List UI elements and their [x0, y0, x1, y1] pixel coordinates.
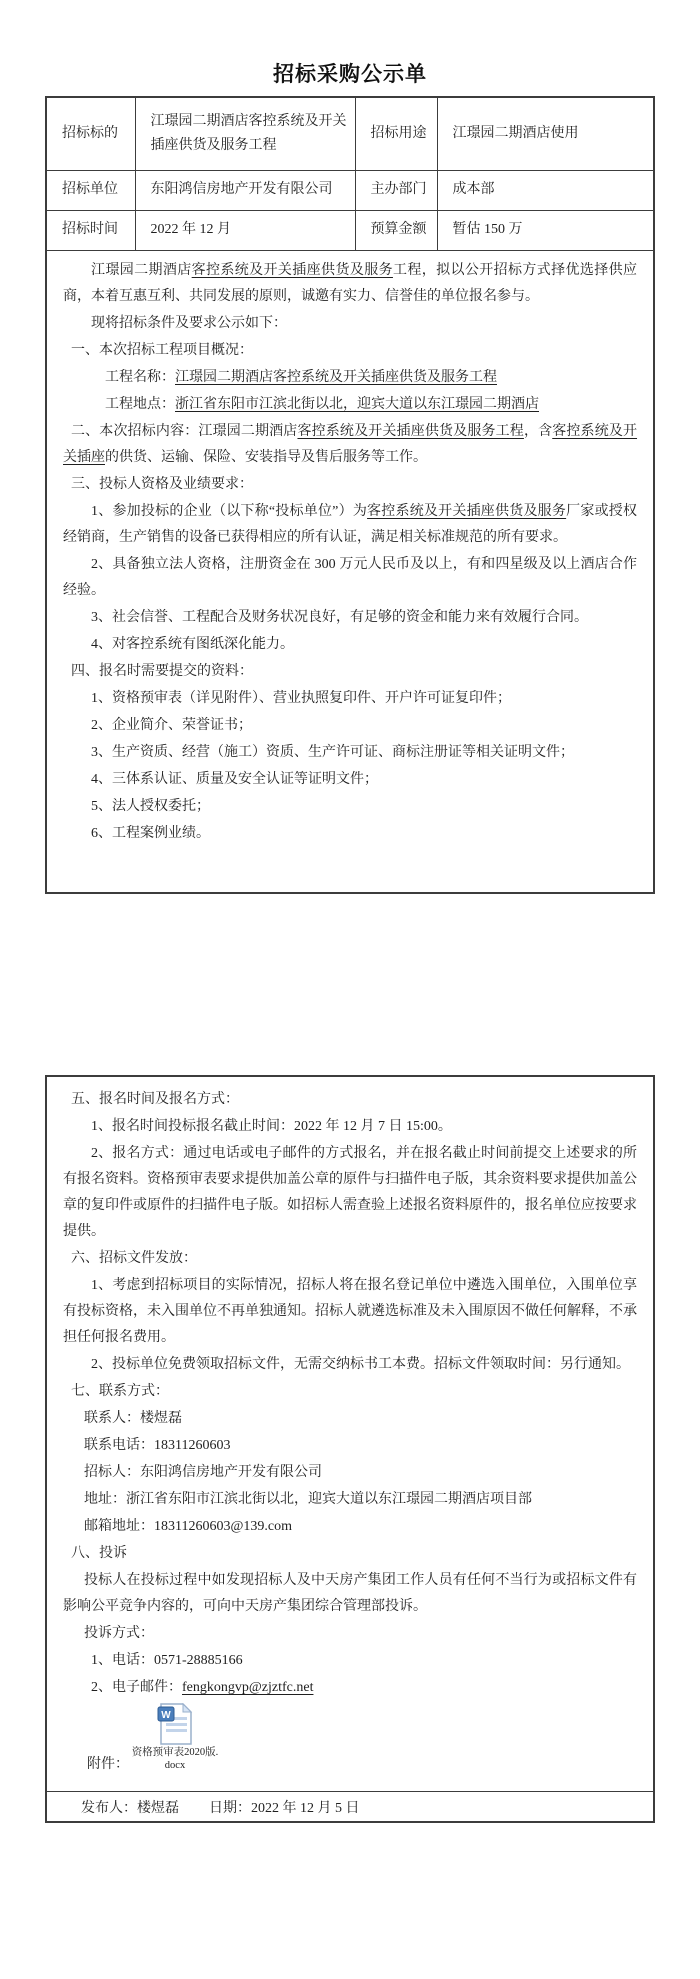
paragraph: 1、考虑到招标项目的实际情况，招标人将在报名登记单位中遴选入围单位，入围单位享有…: [63, 1273, 637, 1351]
document-title: 招标采购公示单: [0, 58, 700, 88]
notice-sheet-page1: 招标标的江璟园二期酒店客控系统及开关插座供货及服务工程招标用途江璟园二期酒店使用…: [45, 96, 655, 894]
word-doc-icon: W: [157, 1703, 193, 1745]
publish-date: 日期：2022 年 12 月 5 日: [209, 1797, 360, 1817]
attachment-row: 附件： W 资格预审表2020版. docx: [63, 1703, 653, 1781]
paragraph: 联系电话：18311260603: [63, 1433, 637, 1459]
paragraph: 2、报名方式：通过电话或电子邮件的方式报名，并在报名截止时间前提交上述要求的所有…: [63, 1141, 637, 1245]
text: 投诉方式：: [84, 1626, 154, 1641]
text: 邮箱地址：18311260603@139.com: [84, 1519, 292, 1534]
text: 2、电子邮件：: [91, 1680, 182, 1695]
paragraph: 招标人：东阳鸿信房地产开发有限公司: [63, 1460, 637, 1486]
paragraph: 江璟园二期酒店客控系统及开关插座供货及服务工程，拟以公开招标方式择优选择供应商，…: [63, 258, 637, 310]
paragraph: 三、投标人资格及业绩要求：: [63, 472, 637, 498]
info-label: 预算金额: [355, 210, 437, 250]
document-page: 招标采购公示单 招标标的江璟园二期酒店客控系统及开关插座供货及服务工程招标用途江…: [0, 0, 700, 1979]
paragraph: 2、电子邮件：fengkongvp@zjztfc.net: [63, 1675, 637, 1701]
paragraph: 2、具备独立法人资格，注册资金在 300 万元人民币及以上，有和四星级及以上酒店…: [63, 552, 637, 604]
text: 招标人：东阳鸿信房地产开发有限公司: [84, 1465, 322, 1480]
info-value: 东阳鸿信房地产开发有限公司: [135, 170, 355, 210]
paragraph: 5、法人授权委托；: [63, 794, 637, 820]
info-value: 江璟园二期酒店客控系统及开关插座供货及服务工程: [135, 98, 355, 170]
notice-sheet-page2: 五、报名时间及报名方式：1、报名时间投标报名截止时间：2022 年 12 月 7…: [45, 1075, 655, 1823]
text: 现将招标条件及要求公示如下：: [91, 316, 287, 331]
text: 的供货、运输、保险、安装指导及售后服务等工作。: [105, 450, 427, 465]
info-label: 主办部门: [355, 170, 437, 210]
text: 2、投标单位免费领取招标文件，无需交纳标书工本费。招标文件领取时间：另行通知。: [91, 1357, 630, 1372]
info-label: 招标时间: [47, 210, 135, 250]
paragraph: 七、联系方式：: [63, 1379, 637, 1405]
text: 3、生产资质、经营（施工）资质、生产许可证、商标注册证等相关证明文件；: [91, 745, 574, 760]
text: 5、法人授权委托；: [91, 799, 210, 814]
paragraph: 4、三体系认证、质量及安全认证等证明文件；: [63, 767, 637, 793]
page1-body: 江璟园二期酒店客控系统及开关插座供货及服务工程，拟以公开招标方式择优选择供应商，…: [47, 251, 653, 847]
text: 2、报名方式：通过电话或电子邮件的方式报名，并在报名截止时间前提交上述要求的所有…: [63, 1146, 637, 1239]
publisher: 发布人：楼煜磊: [81, 1797, 179, 1817]
svg-text:W: W: [161, 1710, 171, 1721]
underlined-text: 江璟园二期酒店客控系统及开关插座供货及服务工程: [175, 370, 497, 385]
info-label: 招标标的: [47, 98, 135, 170]
paragraph: 4、对客控系统有图纸深化能力。: [63, 632, 637, 658]
paragraph: 1、电话：0571-28885166: [63, 1648, 637, 1674]
text: 地址：浙江省东阳市江滨北街以北，迎宾大道以东江璟园二期酒店项目部: [84, 1492, 532, 1507]
text: 八、投诉: [71, 1546, 127, 1561]
page2-body: 五、报名时间及报名方式：1、报名时间投标报名截止时间：2022 年 12 月 7…: [47, 1077, 653, 1701]
info-value: 成本部: [437, 170, 653, 210]
attachment-filename: 资格预审表2020版. docx: [113, 1746, 237, 1772]
info-table: 招标标的江璟园二期酒店客控系统及开关插座供货及服务工程招标用途江璟园二期酒店使用…: [47, 98, 653, 251]
paragraph: 2、企业简介、荣誉证书；: [63, 713, 637, 739]
paragraph: 2、投标单位免费领取招标文件，无需交纳标书工本费。招标文件领取时间：另行通知。: [63, 1352, 637, 1378]
text: 2、企业简介、荣誉证书；: [91, 718, 252, 733]
text: 1、考虑到招标项目的实际情况，招标人将在报名登记单位中遴选入围单位，入围单位享有…: [63, 1278, 637, 1345]
info-table-row: 招标标的江璟园二期酒店客控系统及开关插座供货及服务工程招标用途江璟园二期酒店使用: [47, 98, 653, 170]
info-value: 江璟园二期酒店使用: [437, 98, 653, 170]
info-label: 招标用途: [355, 98, 437, 170]
underlined-text: 浙江省东阳市江滨北街以北，迎宾大道以东江璟园二期酒店: [175, 397, 539, 412]
paragraph: 工程名称：江璟园二期酒店客控系统及开关插座供货及服务工程: [63, 365, 637, 391]
text: 三、投标人资格及业绩要求：: [71, 477, 253, 492]
paragraph: 六、招标文件发放：: [63, 1246, 637, 1272]
text: ，含: [524, 424, 552, 439]
text: 1、电话：0571-28885166: [91, 1653, 243, 1668]
info-table-row: 招标单位东阳鸿信房地产开发有限公司主办部门成本部: [47, 170, 653, 210]
paragraph: 邮箱地址：18311260603@139.com: [63, 1514, 637, 1540]
info-value: 暂估 150 万: [437, 210, 653, 250]
footer-row: 发布人：楼煜磊 日期：2022 年 12 月 5 日: [47, 1791, 653, 1821]
text: 江璟园二期酒店: [91, 263, 192, 278]
text: 6、工程案例业绩。: [91, 826, 210, 841]
text: 工程地点：: [105, 397, 175, 412]
paragraph: 3、社会信誉、工程配合及财务状况良好，有足够的资金和能力来有效履行合同。: [63, 605, 637, 631]
text: 3、社会信誉、工程配合及财务状况良好，有足够的资金和能力来有效履行合同。: [91, 610, 588, 625]
info-label: 招标单位: [47, 170, 135, 210]
text: 五、报名时间及报名方式：: [71, 1092, 239, 1107]
text: 六、招标文件发放：: [71, 1251, 197, 1266]
paragraph: 工程地点：浙江省东阳市江滨北街以北，迎宾大道以东江璟园二期酒店: [63, 392, 637, 418]
paragraph: 五、报名时间及报名方式：: [63, 1087, 637, 1113]
paragraph: 3、生产资质、经营（施工）资质、生产许可证、商标注册证等相关证明文件；: [63, 740, 637, 766]
text: 联系电话：18311260603: [84, 1438, 230, 1453]
attachment-file[interactable]: W 资格预审表2020版. docx: [113, 1703, 237, 1772]
text: 联系人：楼煜磊: [84, 1411, 182, 1426]
paragraph: 投诉方式：: [63, 1621, 637, 1647]
text: 七、联系方式：: [71, 1384, 169, 1399]
paragraph: 1、报名时间投标报名截止时间：2022 年 12 月 7 日 15:00。: [63, 1114, 637, 1140]
text: 4、三体系认证、质量及安全认证等证明文件；: [91, 772, 378, 787]
text: 4、对客控系统有图纸深化能力。: [91, 637, 294, 652]
paragraph: 6、工程案例业绩。: [63, 821, 637, 847]
text: 投标人在投标过程中如发现招标人及中天房产集团工作人员有任何不当行为或招标文件有影…: [63, 1573, 637, 1614]
paragraph: 现将招标条件及要求公示如下：: [63, 311, 637, 337]
paragraph: 二、本次招标内容：江璟园二期酒店客控系统及开关插座供货及服务工程，含客控系统及开…: [63, 419, 637, 471]
paragraph: 一、本次招标工程项目概况：: [63, 338, 637, 364]
text: 1、参加投标的企业（以下称“投标单位”）为: [91, 504, 367, 519]
text: 二、本次招标内容：江璟园二期酒店: [71, 424, 297, 439]
underlined-text: 客控系统及开关插座供货及服务: [192, 263, 393, 278]
text: 一、本次招标工程项目概况：: [71, 343, 253, 358]
paragraph: 四、报名时需要提交的资料：: [63, 659, 637, 685]
paragraph: 联系人：楼煜磊: [63, 1406, 637, 1432]
paragraph: 八、投诉: [63, 1541, 637, 1567]
text: 2、具备独立法人资格，注册资金在 300 万元人民币及以上，有和四星级及以上酒店…: [63, 557, 637, 598]
text: 四、报名时需要提交的资料：: [71, 664, 253, 679]
underlined-text: 客控系统及开关插座供货及服务工程: [297, 424, 523, 439]
text: 1、资格预审表（详见附件）、营业执照复印件、开户许可证复印件；: [91, 691, 511, 706]
paragraph: 投标人在投标过程中如发现招标人及中天房产集团工作人员有任何不当行为或招标文件有影…: [63, 1568, 637, 1620]
text: 工程名称：: [105, 370, 175, 385]
paragraph: 地址：浙江省东阳市江滨北街以北，迎宾大道以东江璟园二期酒店项目部: [63, 1487, 637, 1513]
info-table-row: 招标时间2022 年 12 月预算金额暂估 150 万: [47, 210, 653, 250]
paragraph: 1、参加投标的企业（以下称“投标单位”）为客控系统及开关插座供货及服务厂家或授权…: [63, 499, 637, 551]
text: 1、报名时间投标报名截止时间：2022 年 12 月 7 日 15:00。: [91, 1119, 452, 1134]
underlined-text: 客控系统及开关插座供货及服务: [367, 504, 566, 519]
paragraph: 1、资格预审表（详见附件）、营业执照复印件、开户许可证复印件；: [63, 686, 637, 712]
complaint-email-link[interactable]: fengkongvp@zjztfc.net: [182, 1680, 313, 1695]
info-value: 2022 年 12 月: [135, 210, 355, 250]
